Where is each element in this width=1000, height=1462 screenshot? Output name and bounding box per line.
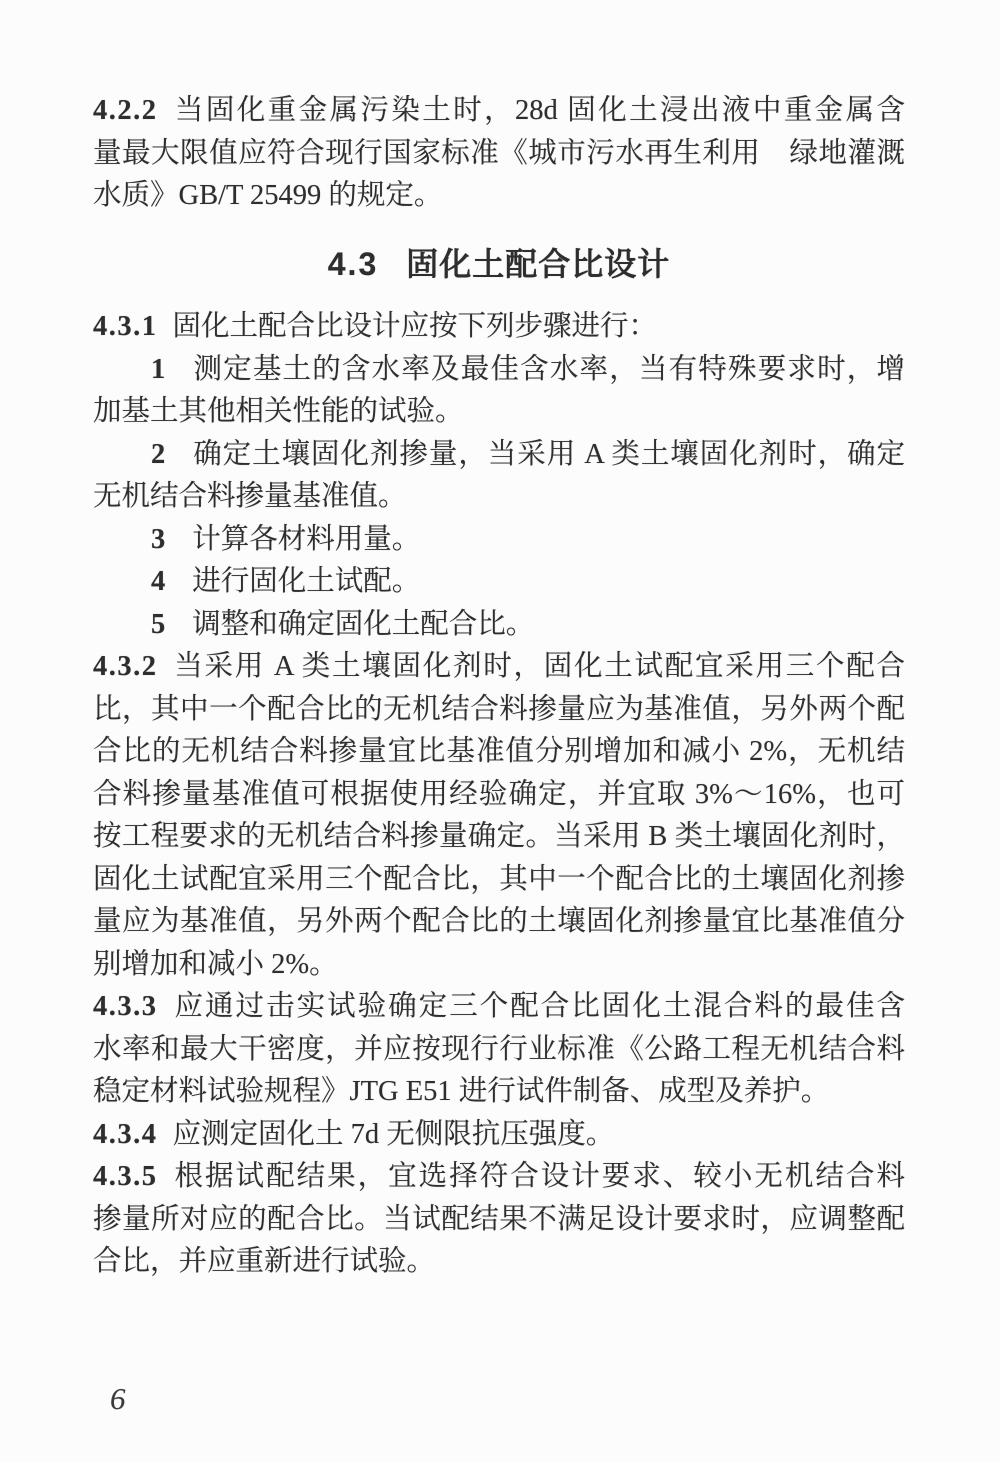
section-heading: 4.3固化土配合比设计: [93, 243, 905, 286]
section-heading-number: 4.3: [328, 246, 406, 282]
clause-number: 4.3.3: [93, 991, 173, 1022]
line-text: 计算各材料用量。: [192, 524, 420, 555]
clause-line: 4.3.2当采用 A 类土壤固化剂时，固化土试配宜采用三个配合: [93, 646, 905, 689]
continuation-line: 合料掺量基准值可根据使用经验确定，并宜取 3%～16%，也可: [93, 774, 905, 817]
list-item-number: 1: [151, 354, 192, 385]
clause-number: 4.3.5: [93, 1161, 173, 1192]
line-text: 量最大限值应符合现行国家标准《城市污水再生利用 绿地灌溉: [93, 138, 905, 169]
line-text: 根据试配结果，宜选择符合设计要求、较小无机结合料: [173, 1161, 906, 1192]
line-text: 当采用 A 类土壤固化剂时，固化土试配宜采用三个配合: [173, 651, 906, 682]
line-text: 别增加和减小 2%。: [93, 949, 338, 980]
line-text: 加基土其他相关性能的试验。: [93, 396, 464, 427]
line-text: 确定土壤固化剂掺量，当采用 A 类土壤固化剂时，确定: [192, 439, 905, 470]
line-text: 水质》GB/T 25499 的规定。: [93, 180, 442, 211]
line-text: 合比，并应重新进行试验。: [93, 1246, 435, 1277]
list-item-line: 4进行固化土试配。: [93, 561, 905, 604]
document-body: 4.2.2当固化重金属污染土时，28d 固化土浸出液中重金属含量最大限值应符合现…: [93, 90, 905, 1284]
list-item-number: 4: [151, 566, 192, 597]
document-page: 4.2.2当固化重金属污染土时，28d 固化土浸出液中重金属含量最大限值应符合现…: [0, 0, 1000, 1462]
continuation-line: 无机结合料掺量基准值。: [93, 476, 905, 519]
list-item-number: 3: [151, 524, 192, 555]
continuation-line: 量最大限值应符合现行国家标准《城市污水再生利用 绿地灌溉: [93, 133, 905, 176]
continuation-line: 固化土试配宜采用三个配合比，其中一个配合比的土壤固化剂掺: [93, 859, 905, 902]
line-text: 合料掺量基准值可根据使用经验确定，并宜取 3%～16%，也可: [93, 779, 905, 810]
line-text: 固化土试配宜采用三个配合比，其中一个配合比的土壤固化剂掺: [93, 864, 905, 895]
page-number: 6: [110, 1381, 126, 1417]
clause-number: 4.2.2: [93, 95, 173, 126]
clause-line: 4.2.2当固化重金属污染土时，28d 固化土浸出液中重金属含: [93, 90, 905, 133]
line-text: 调整和确定固化土配合比。: [192, 609, 534, 640]
list-item-line: 2确定土壤固化剂掺量，当采用 A 类土壤固化剂时，确定: [93, 434, 905, 477]
continuation-line: 合比，并应重新进行试验。: [93, 1241, 905, 1284]
line-text: 应测定固化土 7d 无侧限抗压强度。: [173, 1119, 615, 1150]
list-item-line: 5调整和确定固化土配合比。: [93, 604, 905, 647]
line-text: 比，其中一个配合比的无机结合料掺量应为基准值，另外两个配: [93, 694, 905, 725]
line-text: 量应为基准值，另外两个配合比的土壤固化剂掺量宜比基准值分: [93, 906, 905, 937]
continuation-line: 稳定材料试验规程》JTG E51 进行试件制备、成型及养护。: [93, 1071, 905, 1114]
continuation-line: 别增加和减小 2%。: [93, 944, 905, 987]
clause-line: 4.3.3应通过击实试验确定三个配合比固化土混合料的最佳含: [93, 986, 905, 1029]
line-text: 进行固化土试配。: [192, 566, 420, 597]
clause-line: 4.3.5根据试配结果，宜选择符合设计要求、较小无机结合料: [93, 1156, 905, 1199]
line-text: 掺量所对应的配合比。当试配结果不满足设计要求时，应调整配: [93, 1204, 905, 1235]
clause-number: 4.3.4: [93, 1119, 173, 1150]
line-text: 合比的无机结合料掺量宜比基准值分别增加和减小 2%，无机结: [93, 736, 905, 767]
line-text: 稳定材料试验规程》JTG E51 进行试件制备、成型及养护。: [93, 1076, 829, 1107]
list-item-number: 2: [151, 439, 192, 470]
line-text: 无机结合料掺量基准值。: [93, 481, 407, 512]
line-text: 当固化重金属污染土时，28d 固化土浸出液中重金属含: [173, 95, 906, 126]
continuation-line: 掺量所对应的配合比。当试配结果不满足设计要求时，应调整配: [93, 1199, 905, 1242]
continuation-line: 加基土其他相关性能的试验。: [93, 391, 905, 434]
clause-number: 4.3.2: [93, 651, 173, 682]
clause-line: 4.3.1固化土配合比设计应按下列步骤进行：: [93, 306, 905, 349]
line-text: 按工程要求的无机结合料掺量确定。当采用 B 类土壤固化剂时，: [93, 821, 905, 852]
line-text: 测定基土的含水率及最佳含水率，当有特殊要求时，增: [192, 354, 905, 385]
clause-line: 4.3.4应测定固化土 7d 无侧限抗压强度。: [93, 1114, 905, 1157]
line-text: 固化土配合比设计应按下列步骤进行：: [173, 311, 658, 342]
continuation-line: 按工程要求的无机结合料掺量确定。当采用 B 类土壤固化剂时，: [93, 816, 905, 859]
line-text: 应通过击实试验确定三个配合比固化土混合料的最佳含: [173, 991, 906, 1022]
section-heading-title: 固化土配合比设计: [406, 246, 670, 282]
list-item-number: 5: [151, 609, 192, 640]
continuation-line: 量应为基准值，另外两个配合比的土壤固化剂掺量宜比基准值分: [93, 901, 905, 944]
continuation-line: 水质》GB/T 25499 的规定。: [93, 175, 905, 218]
clause-number: 4.3.1: [93, 311, 173, 342]
list-item-line: 3计算各材料用量。: [93, 519, 905, 562]
list-item-line: 1测定基土的含水率及最佳含水率，当有特殊要求时，增: [93, 349, 905, 392]
continuation-line: 比，其中一个配合比的无机结合料掺量应为基准值，另外两个配: [93, 689, 905, 732]
continuation-line: 水率和最大干密度，并应按现行行业标准《公路工程无机结合料: [93, 1029, 905, 1072]
continuation-line: 合比的无机结合料掺量宜比基准值分别增加和减小 2%，无机结: [93, 731, 905, 774]
line-text: 水率和最大干密度，并应按现行行业标准《公路工程无机结合料: [93, 1034, 905, 1065]
